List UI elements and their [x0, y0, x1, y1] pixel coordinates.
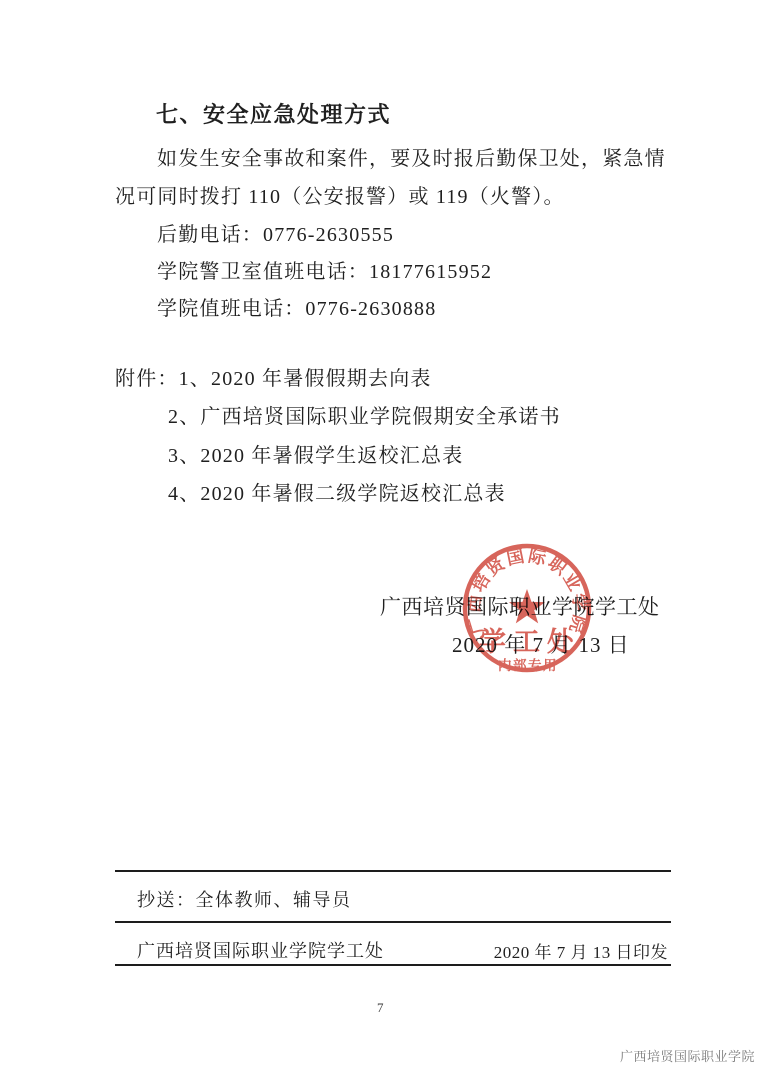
- attachment-row-1: 附件：1、2020 年暑假假期去向表: [115, 362, 432, 391]
- star-icon: [509, 589, 545, 623]
- phone-college-duty: 学院值班电话：0776-2630888: [157, 292, 436, 321]
- viewer-watermark: 广西培贤国际职业学院: [620, 1046, 755, 1065]
- footer-divider-bottom: [115, 964, 671, 966]
- paragraph-line-1: 如发生安全事故和案件，要及时报后勤保卫处，紧急情: [157, 142, 666, 171]
- paragraph-line-2: 况可同时拨打 110（公安报警）或 119（火警）。: [115, 180, 565, 209]
- phone-logistics: 后勤电话：0776-2630555: [157, 218, 394, 247]
- footer-print-date: 2020 年 7 月 13 日印发: [494, 938, 668, 963]
- attachment-item-4: 4、2020 年暑假二级学院返校汇总表: [168, 477, 506, 506]
- official-seal-stamp: 广西培贤国际职业学院 学工处 内部专用: [435, 517, 619, 701]
- phone-guard-room: 学院警卫室值班电话：18177615952: [157, 255, 492, 284]
- page-number: 7: [377, 1000, 384, 1016]
- section-heading: 七、安全应急处理方式: [156, 98, 391, 129]
- attachment-item-3: 3、2020 年暑假学生返校汇总表: [168, 439, 463, 468]
- attachment-item-1: 1、2020 年暑假假期去向表: [179, 368, 432, 390]
- document-page: 七、安全应急处理方式 如发生安全事故和案件，要及时报后勤保卫处，紧急情 况可同时…: [0, 0, 764, 1080]
- seal-center-text: 学工处: [479, 627, 581, 657]
- attachments-label: 附件：: [115, 368, 179, 390]
- attachment-item-2: 2、广西培贤国际职业学院假期安全承诺书: [168, 400, 561, 429]
- footer-divider-middle: [115, 921, 671, 923]
- footer-divider-top: [115, 870, 671, 872]
- seal-icon: 广西培贤国际职业学院 学工处 内部专用: [435, 517, 619, 701]
- seal-bottom-text: 内部专用: [498, 657, 558, 673]
- footer-cc-line: 抄送：全体教师、辅导员: [137, 886, 352, 912]
- footer-issuer: 广西培贤国际职业学院学工处: [137, 937, 384, 963]
